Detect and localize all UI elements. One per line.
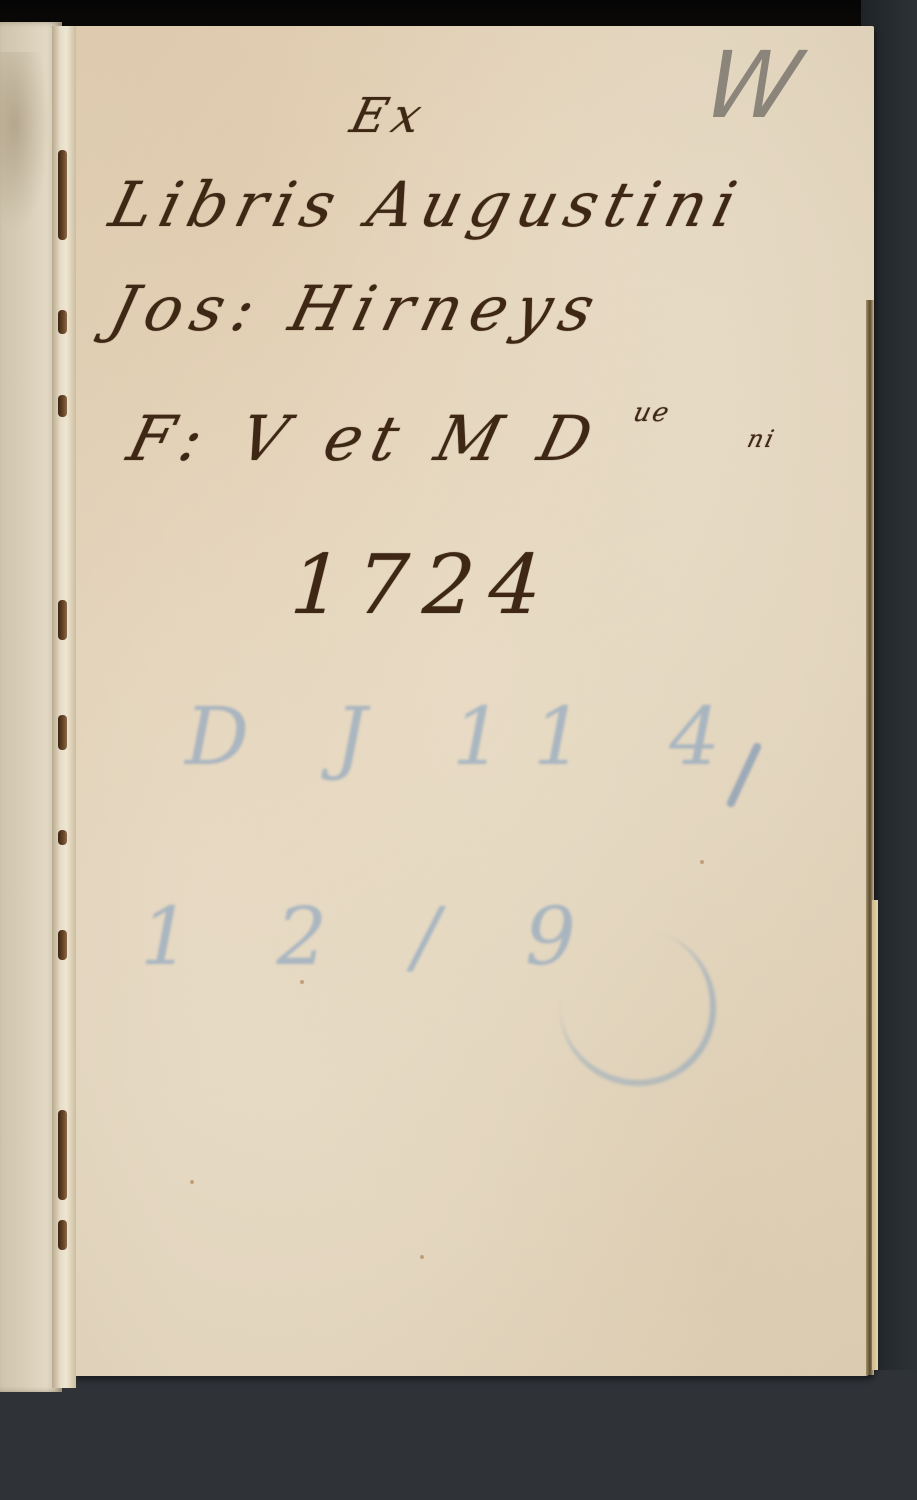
binding-stitch — [58, 830, 67, 845]
foxing-spot — [190, 1180, 194, 1184]
binding-stitch — [58, 150, 67, 240]
foxing-spot — [420, 1255, 424, 1259]
inscription-line-ex: Ex — [345, 88, 433, 144]
page-stain — [0, 52, 50, 232]
blue-crayon-line-2: 1 2 / 9 — [140, 890, 606, 983]
binding-stitch — [58, 1110, 67, 1200]
blue-crayon-line-1: D J 11 4 — [185, 690, 750, 783]
binding-stitch — [58, 310, 67, 334]
foxing-spot — [700, 860, 704, 864]
binding-stitch — [58, 930, 67, 960]
page-fore-edge-gilt — [872, 900, 878, 1370]
inscription-superscript-1: ue — [630, 398, 674, 428]
binding-stitch — [58, 715, 67, 750]
binding-stitch — [58, 395, 67, 417]
inscription-line-name: Jos: Hirneys — [103, 272, 611, 345]
binding-stitch — [58, 600, 67, 640]
inscription-line-title: F: V et M D — [121, 402, 609, 475]
inscription-line-libris: Libris Augustini — [103, 168, 752, 241]
background-bottom — [0, 1370, 917, 1500]
inscription-year: 1724 — [278, 538, 566, 633]
binding-stitch — [58, 1220, 67, 1250]
